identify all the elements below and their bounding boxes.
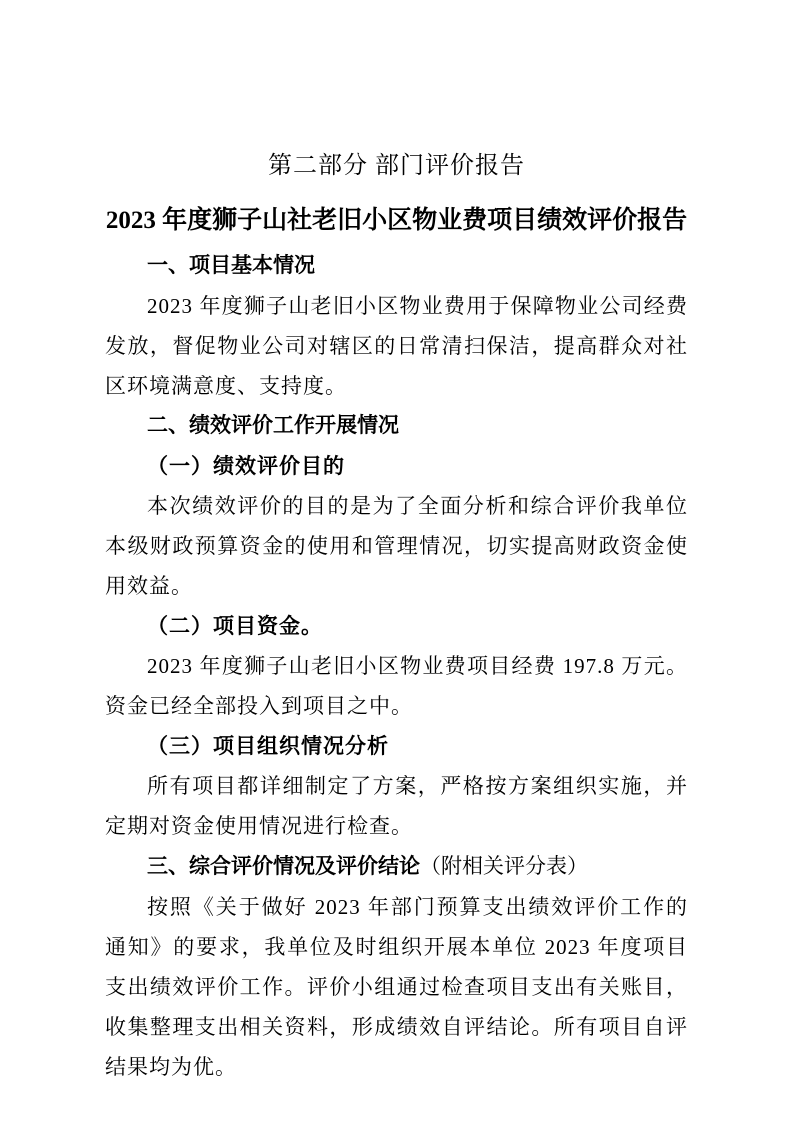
section-1-heading: 一、项目基本情况: [105, 246, 688, 286]
section-2-sub-2-heading: （二）项目资金。: [105, 606, 688, 646]
report-title: 2023 年度狮子山社老旧小区物业费项目绩效评价报告: [105, 204, 688, 238]
part-title: 第二部分 部门评价报告: [105, 150, 688, 182]
section-2-sub-2-paragraph: 2023 年度狮子山老旧小区物业费项目经费 197.8 万元。资金已经全部投入到…: [105, 646, 688, 726]
section-2-heading: 二、绩效评价工作开展情况: [105, 406, 688, 446]
document-page: 第二部分 部门评价报告 2023 年度狮子山社老旧小区物业费项目绩效评价报告 一…: [0, 0, 793, 1122]
section-3-heading-note: （附相关评分表）: [420, 854, 588, 878]
section-2-sub-3-heading: （三）项目组织情况分析: [105, 726, 688, 766]
section-3-paragraph: 按照《关于做好 2023 年部门预算支出绩效评价工作的通知》的要求，我单位及时组…: [105, 887, 688, 1087]
section-2-sub-1-heading: （一）绩效评价目的: [105, 446, 688, 486]
section-2-sub-3-paragraph: 所有项目都详细制定了方案，严格按方案组织实施，并定期对资金使用情况进行检查。: [105, 766, 688, 846]
section-2-sub-1-paragraph: 本次绩效评价的目的是为了全面分析和综合评价我单位本级财政预算资金的使用和管理情况…: [105, 486, 688, 606]
section-3-heading: 三、综合评价情况及评价结论（附相关评分表）: [105, 846, 688, 887]
section-3-heading-bold: 三、综合评价情况及评价结论: [147, 855, 420, 878]
section-1-paragraph: 2023 年度狮子山老旧小区物业费用于保障物业公司经费发放，督促物业公司对辖区的…: [105, 286, 688, 406]
